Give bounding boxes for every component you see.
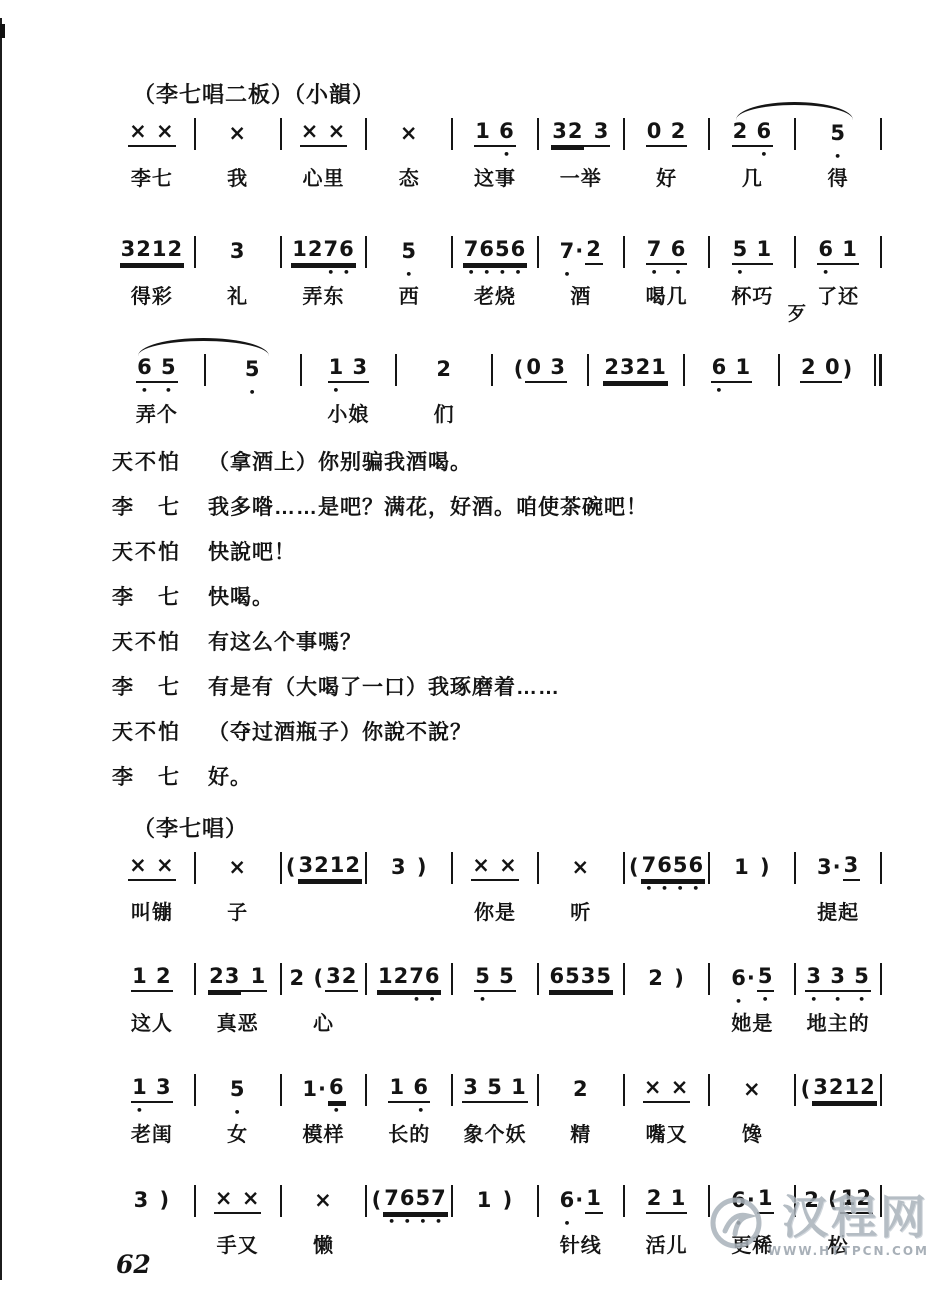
note-char: 5 — [230, 1077, 246, 1101]
lyric — [367, 1007, 451, 1031]
note-segment: × — [227, 855, 248, 881]
lyric — [625, 896, 709, 920]
lyric: 她是 — [710, 1007, 794, 1036]
notes: 3212 — [110, 235, 194, 265]
score-line: 1 3老闺5女1·6模样1 6长的3 5 1象个妖2精× ×嘴又×馋(3212 — [110, 1056, 882, 1147]
score-page: （李七唱二板）（小韻） × ×李七×我× ×心里×态1 6这事32 3一举0 2… — [0, 0, 931, 1289]
note-char: 1 — [511, 1075, 527, 1099]
note-char: 5 — [758, 964, 774, 988]
note-char: × — [129, 119, 148, 143]
notes: 2 0) — [780, 353, 874, 383]
note-segment: 5 5 — [474, 964, 516, 992]
notes: 2 — [397, 353, 491, 383]
note-char: × — [129, 853, 148, 877]
lyric — [625, 1007, 709, 1031]
notes: 2 1 — [625, 1184, 709, 1214]
dialogue-text: 有是有（大喝了一口）我琢磨着…… — [208, 675, 882, 700]
note-segment: 0 3 — [525, 355, 567, 383]
watermark-url: WWW.HTTPCN.COM — [768, 1244, 929, 1258]
notes: × — [196, 117, 280, 147]
measure: × ×心里 — [282, 117, 366, 191]
dialogue-speaker: 天不怕 — [112, 540, 208, 565]
note-char: 1 — [329, 355, 345, 379]
dialogue-row: 李 七有是有（大喝了一口）我琢磨着…… — [112, 675, 882, 700]
note-char: 3 — [121, 237, 137, 261]
measure: 5女 — [196, 1073, 280, 1147]
note-char: 5 — [401, 239, 417, 263]
lyric: 手又 — [196, 1229, 280, 1258]
note-char — [344, 355, 352, 379]
note-char: 2 — [568, 119, 584, 143]
note-char — [662, 119, 670, 143]
note-char: 6 — [818, 237, 834, 261]
dialogue-text: 我多喒……是吧？满花，好酒。咱使茶碗吧！ — [208, 495, 882, 520]
note-char: 6 — [550, 964, 566, 988]
note-char: 3 — [391, 855, 407, 879]
dialogue-text: （夺过酒瓶子）你說不說？ — [208, 720, 882, 745]
note-segment: ) — [665, 966, 686, 992]
note-char: 2 — [636, 355, 652, 379]
note-char: × — [743, 1077, 762, 1101]
notes: 7 6 — [625, 235, 709, 265]
measure: 6 5弄个 — [110, 353, 204, 427]
notes: × × — [625, 1073, 709, 1103]
page-number: 62 — [116, 1250, 151, 1279]
note-char: 3 — [326, 964, 342, 988]
notes: 3 3 5 — [796, 962, 880, 992]
note-char: 1 — [152, 237, 168, 261]
note-segment: × × — [128, 853, 176, 881]
lyric — [685, 398, 779, 422]
note-char: ( — [801, 1077, 812, 1101]
note-char: 7 — [647, 237, 663, 261]
note-segment: 5 — [229, 1077, 247, 1103]
measure: 3 ) — [367, 851, 451, 920]
dialogue-text: （拿酒上）你别骗我酒喝。 — [208, 450, 882, 475]
note-char: 5 — [475, 964, 491, 988]
notes: × — [196, 851, 280, 881]
lyric — [539, 1007, 623, 1031]
note-char — [234, 1186, 242, 1210]
notes: 2 ) — [625, 962, 709, 992]
lyric — [710, 896, 794, 920]
note-char: 2 — [733, 119, 749, 143]
note-char: 1 — [292, 237, 308, 261]
note-char: 2 — [308, 237, 324, 261]
note-segment: 3212 — [120, 237, 185, 265]
note-char: · — [575, 1188, 584, 1212]
lyric: 馋 — [710, 1118, 794, 1147]
note-segment: 1 3 — [328, 355, 370, 383]
note-char — [727, 355, 735, 379]
note-segment: × — [742, 1077, 763, 1103]
lyric: 地主的 — [796, 1007, 880, 1036]
note-segment: ( — [371, 1188, 384, 1214]
note-char: × — [215, 1186, 234, 1210]
dialogue-row: 天不怕快說吧！ — [112, 540, 882, 565]
note-char — [585, 119, 593, 143]
lyric: 提起 — [796, 896, 880, 925]
note-char — [542, 355, 550, 379]
note-char: 5 — [854, 964, 870, 988]
lyric: 真恶 — [196, 1007, 280, 1036]
notes: 6·5 — [710, 962, 794, 992]
notes: 5 — [206, 353, 300, 383]
note-char: 1 — [132, 964, 148, 988]
lyric: 杯巧 — [710, 280, 794, 309]
note-char: 2 — [671, 119, 687, 143]
notes: 6·1 — [539, 1184, 623, 1214]
lyric: 听 — [539, 896, 623, 925]
lyric: 西 — [367, 280, 451, 309]
note-char: 2 — [436, 357, 452, 381]
note-char: 5 — [673, 853, 689, 877]
note-char: 1 — [651, 355, 667, 379]
note-segment: × × — [643, 1075, 691, 1103]
note-segment: 3 — [584, 119, 610, 147]
note-segment: 7657 — [383, 1186, 448, 1214]
note-char: 3 — [230, 239, 246, 263]
watermark: 汉程网 WWW.HTTPCN.COM — [708, 1192, 929, 1258]
note-char: 5 — [565, 964, 581, 988]
note-char: 6 — [137, 355, 153, 379]
note-char: ( — [286, 855, 297, 879]
measure: 1 6长的 — [367, 1073, 451, 1147]
note-segment: 3 — [843, 853, 861, 881]
lyric: 子 — [196, 896, 280, 925]
measure: (7656 — [625, 851, 709, 920]
note-char: × — [228, 121, 247, 145]
dialogue-text: 快喝。 — [208, 585, 882, 610]
note-char: 6 — [413, 1075, 429, 1099]
note-char: 3 — [830, 964, 846, 988]
lyric: 得 — [796, 162, 880, 191]
note-segment: 3 — [390, 855, 408, 881]
measure: 5 — [206, 353, 300, 422]
note-char: 6 — [689, 853, 705, 877]
note-char: 6 — [511, 237, 527, 261]
measure: 2 0) — [780, 353, 874, 422]
note-char: × — [314, 1188, 333, 1212]
measure: 1 ) — [453, 1184, 537, 1253]
notes: 2 (32 — [282, 962, 366, 992]
note-char — [666, 966, 674, 990]
measure: 2 1活儿 — [625, 1184, 709, 1258]
note-segment: × × — [300, 119, 348, 147]
barline — [874, 354, 882, 386]
notes: 32 3 — [539, 117, 623, 147]
note-segment: 5 — [244, 357, 262, 383]
lyric: 老烧 — [453, 280, 537, 309]
lyric: 弄个 — [110, 398, 204, 427]
note-char: 5 — [733, 237, 749, 261]
note-segment: 2 — [585, 237, 603, 265]
note-char: 3 — [817, 855, 833, 879]
note-char: ) — [843, 357, 854, 381]
measure: 23 1真恶 — [196, 962, 280, 1036]
note-char: ( — [372, 1188, 383, 1212]
dialogue-text: 有这么个事嗎？ — [208, 630, 882, 655]
measure: ×态 — [367, 117, 451, 191]
note-char — [817, 355, 825, 379]
note-char — [242, 964, 250, 988]
note-char — [491, 964, 499, 988]
notes: 5 1 — [710, 235, 794, 265]
notes: 3 — [196, 235, 280, 265]
measure: 32 3一举 — [539, 117, 623, 191]
note-char: 6 — [400, 1186, 416, 1210]
note-char — [405, 1075, 413, 1099]
note-segment: ) — [408, 855, 429, 881]
measure: 1276弄东 — [282, 235, 366, 309]
note-segment: 5 1 — [732, 237, 774, 265]
score-line: 3212得彩3礼1276弄东5西7656老烧7·2酒7 6喝几5 1杯巧歹6 1… — [110, 218, 882, 309]
note-char: × — [400, 121, 419, 145]
note-segment: 1 — [241, 964, 267, 992]
lyric: 了还 — [796, 280, 880, 309]
notes: 3 5 1 — [453, 1073, 537, 1103]
note-segment: 6· — [730, 966, 757, 992]
note-char — [305, 966, 313, 990]
note-char: · — [318, 1077, 327, 1101]
barline — [880, 963, 882, 995]
measure: 2 (32心 — [282, 962, 366, 1036]
note-char: 3 — [620, 355, 636, 379]
notes: 6 1 — [796, 235, 880, 265]
note-segment: 3 5 1 — [462, 1075, 528, 1103]
measure: 3212得彩 — [110, 235, 194, 309]
measure: 7656老烧 — [453, 235, 537, 309]
measure: 1 ) — [710, 851, 794, 920]
notes: 1 ) — [710, 851, 794, 881]
dialogue-speaker: 李 七 — [112, 675, 208, 700]
note-segment: × — [399, 121, 420, 147]
notes: × × — [110, 851, 194, 881]
dialogue-row: 李 七快喝。 — [112, 585, 882, 610]
note-char — [662, 1186, 670, 1210]
lyric: 这人 — [110, 1007, 194, 1036]
note-segment: 1 6 — [388, 1075, 430, 1103]
lyric: 酒 — [539, 280, 623, 309]
note-char: 1 — [251, 964, 267, 988]
note-char: 2 — [647, 1186, 663, 1210]
dialogue-speaker: 李 七 — [112, 765, 208, 790]
measure: 3 5 1象个妖 — [453, 1073, 537, 1147]
notes: 0 2 — [625, 117, 709, 147]
note-char: 5 — [161, 355, 177, 379]
note-char: 1 — [302, 1077, 318, 1101]
notes: (0 3 — [493, 353, 587, 383]
lyric: 精 — [539, 1118, 623, 1147]
barline — [880, 1074, 882, 1106]
notes: (3212 — [796, 1073, 880, 1103]
note-char: × — [671, 1075, 690, 1099]
lyric: 李七 — [110, 162, 194, 191]
lyric — [282, 896, 366, 920]
notes: 6 1 — [685, 353, 779, 383]
note-char: 2 — [136, 237, 152, 261]
note-char — [153, 355, 161, 379]
lyric: 好 — [625, 162, 709, 191]
note-segment: × — [570, 855, 591, 881]
dialogue-text: 快說吧！ — [208, 540, 882, 565]
watermark-logo-icon — [708, 1195, 764, 1256]
lyric: 象个妖 — [453, 1118, 537, 1147]
notes: 1 3 — [302, 353, 396, 383]
lyric: 长的 — [367, 1118, 451, 1147]
note-segment: 2 1 — [646, 1186, 688, 1214]
note-char: × — [499, 853, 518, 877]
note-char — [409, 855, 417, 879]
note-char: 3 — [594, 119, 610, 143]
lyric: 你是 — [453, 896, 537, 925]
measure: 1 6这事 — [453, 117, 537, 191]
note-char — [148, 964, 156, 988]
note-char: 6 — [712, 355, 728, 379]
note-char: 0 — [647, 119, 663, 143]
measure: 1 3老闺 — [110, 1073, 194, 1147]
note-char: 3 — [806, 964, 822, 988]
note-char: 3 — [156, 1075, 172, 1099]
note-segment: 23 — [208, 964, 241, 992]
note-segment: 6535 — [549, 964, 614, 992]
lyric: 女 — [196, 1118, 280, 1147]
lyric — [796, 1118, 880, 1142]
note-char: 7 — [642, 853, 658, 877]
lyric — [780, 398, 874, 422]
lyric: 活儿 — [625, 1229, 709, 1258]
note-segment: 7656 — [463, 237, 528, 265]
note-segment: × × — [214, 1186, 262, 1214]
note-char: × — [242, 1186, 261, 1210]
notes: × × — [282, 117, 366, 147]
note-segment: 2321 — [603, 355, 668, 383]
barline — [880, 236, 882, 268]
note-segment: ( — [285, 855, 298, 881]
note-char: 2 — [860, 1075, 876, 1099]
note-char: 1 — [844, 1075, 860, 1099]
note-char: 2 — [168, 237, 184, 261]
dialogue-speaker: 天不怕 — [112, 450, 208, 475]
note-char: 7 — [384, 1186, 400, 1210]
note-char: 1 — [378, 964, 394, 988]
note-char: 3 — [134, 1188, 150, 1212]
lyric: 我 — [196, 162, 280, 191]
measure: 6535 — [539, 962, 623, 1031]
note-char: 2 — [586, 237, 602, 261]
note-char: · — [575, 239, 584, 263]
note-char: 1 — [736, 355, 752, 379]
notes: × — [710, 1073, 794, 1103]
watermark-brand: 汉程网 — [782, 1192, 929, 1242]
note-char: × — [472, 853, 491, 877]
note-char: 2 — [648, 966, 664, 990]
note-segment: 2 0 — [800, 355, 842, 383]
note-segment: ) — [842, 357, 855, 383]
note-char: 3 — [225, 964, 241, 988]
note-char — [822, 964, 830, 988]
note-segment: ( — [800, 1077, 813, 1103]
lyric: 叫镚 — [110, 896, 194, 925]
note-char: × — [328, 119, 347, 143]
note-char: × — [156, 119, 175, 143]
measure: 3 ) — [110, 1184, 194, 1253]
note-char — [748, 237, 756, 261]
note-char: 1 — [671, 1186, 687, 1210]
note-char: 5 — [596, 964, 612, 988]
notes: 5 — [196, 1073, 280, 1103]
score-line: × ×叫镚×子(3212 3 ) × ×你是×听(7656 1 ) 3·3提起 — [110, 834, 882, 925]
notes: 5 — [367, 235, 451, 265]
lyric: 老闺 — [110, 1118, 194, 1147]
note-char: ( — [313, 966, 324, 990]
note-segment: × × — [128, 119, 176, 147]
score-line: 1 2这人23 1真恶2 (32心1276 5 5 6535 2 ) 6·5她是… — [110, 945, 882, 1036]
note-segment: ) — [150, 1188, 171, 1214]
note-char: ) — [503, 1188, 514, 1212]
score-block-1: × ×李七×我× ×心里×态1 6这事32 3一举0 2好2 6几5得3212得… — [110, 100, 882, 454]
note-segment: 1 3 — [131, 1075, 173, 1103]
note-segment: 6 1 — [817, 237, 859, 265]
note-segment: ( — [628, 855, 641, 881]
dialogue-row: 天不怕（夺过酒瓶子）你說不說？ — [112, 720, 882, 745]
note-char: 7 — [464, 237, 480, 261]
note-char: ( — [514, 357, 525, 381]
note-char: 3 — [299, 853, 315, 877]
measure: 7·2酒 — [539, 235, 623, 309]
note-char: 2 — [314, 853, 330, 877]
measure: ×馋 — [710, 1073, 794, 1147]
notes: 1 2 — [110, 962, 194, 992]
dialogue-row: 天不怕（拿酒上）你别骗我酒喝。 — [112, 450, 882, 475]
measure: ×我 — [196, 117, 280, 191]
notes: 2321 — [589, 353, 683, 383]
note-segment: 5 — [400, 239, 418, 265]
measure: (3212 — [282, 851, 366, 920]
lyric: 心里 — [282, 162, 366, 191]
notes: 5 5 — [453, 962, 537, 992]
note-char: 7 — [560, 239, 576, 263]
note-segment: 32 — [551, 119, 584, 147]
notes: 1 6 — [367, 1073, 451, 1103]
measure: 1·6模样 — [282, 1073, 366, 1147]
scan-blob-artifact — [0, 24, 5, 38]
notes: 7·2 — [539, 235, 623, 265]
note-segment: 3212 — [298, 853, 363, 881]
note-segment: 6 — [328, 1075, 346, 1103]
dialogue-text: 好。 — [208, 765, 882, 790]
lyric: 懒 — [282, 1229, 366, 1258]
measure: (7657 — [367, 1184, 451, 1253]
lyric: 喝几 — [625, 280, 709, 309]
note-char: × — [644, 1075, 663, 1099]
note-char: 6 — [329, 1075, 345, 1099]
note-char: · — [747, 966, 756, 990]
note-segment: 3· — [816, 855, 843, 881]
lyric — [589, 398, 683, 422]
note-char: 1 — [842, 237, 858, 261]
note-char: 2 — [573, 1077, 589, 1101]
notes: × — [367, 117, 451, 147]
lyric: 礼 — [196, 280, 280, 309]
notes: 3·3 — [796, 851, 880, 881]
note-char: 6 — [339, 237, 355, 261]
measure: 5得 — [796, 117, 880, 191]
note-char: 0 — [825, 355, 841, 379]
note-char: 2 — [801, 355, 817, 379]
lyric — [453, 1229, 537, 1253]
note-char: 2 — [290, 966, 306, 990]
